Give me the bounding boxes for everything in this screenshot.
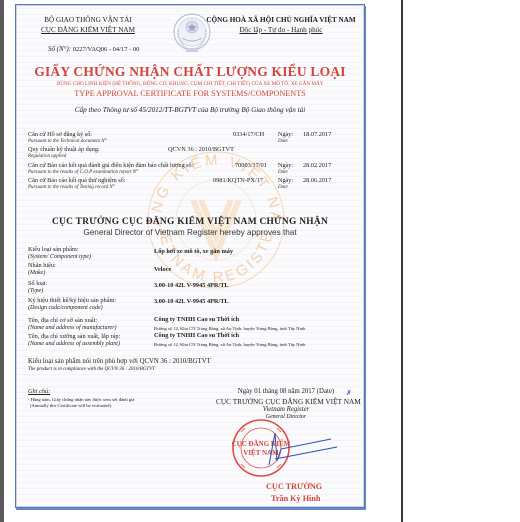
legal-basis: Cấp theo Thông tư số 45/2012/TT-BGTVT củ…: [16, 106, 364, 114]
detail-label: Số loại:: [28, 280, 47, 287]
reference-date-label: Ngày:: [278, 162, 293, 169]
detail-value: Công ty TNHH Cao su Thời ích: [154, 316, 239, 323]
detail-label-en: (Type): [28, 288, 43, 294]
notes-title: Ghi chú:: [28, 388, 50, 395]
issuer-block: BỘ GIAO THÔNG VẬN TẢI CỤC ĐĂNG KIỂM VIỆT…: [28, 15, 148, 35]
detail-address: Đường số 12, Khu CN Trảng Bàng, xã An Tị…: [154, 342, 305, 347]
number-label-en: (N°):: [57, 45, 71, 53]
reference-date-label: Ngày:: [278, 131, 293, 138]
reference-value: 70003/17/01: [235, 162, 267, 169]
detail-value: Lốp hơi xe mô tô, xe gắn máy: [154, 248, 233, 255]
notes-line: - Hàng năm, Giấy chứng nhận này được xem…: [28, 397, 134, 402]
reference-value: QCVN 36 : 2010/BGTVT: [168, 146, 234, 153]
detail-label: Kiểu loại sản phẩm:: [28, 246, 79, 253]
notes-line-en: (Annually this Certificate will be evalu…: [30, 403, 112, 408]
compliance-statement: Kiểu loại sản phẩm nói trên phù hợp với …: [28, 358, 211, 365]
number-label: Số: [48, 45, 55, 53]
signatory-org-en: Vietnam Register: [216, 406, 356, 413]
viewer-left-edge: [0, 0, 4, 522]
detail-label: Nhãn hiệu:: [28, 262, 56, 269]
reference-label-en: Pursuant to the results of C.O.P examina…: [28, 170, 138, 175]
country-name: CỘNG HOÀ XÃ HỘI CHỦ NGHĨA VIỆT NAM: [201, 15, 361, 25]
signatory-name: Trần Kỳ Hinh: [271, 494, 320, 503]
reference-date-label-en: Date: [278, 139, 288, 144]
detail-label-en: (System/ Component type): [28, 254, 91, 260]
ministry-name: BỘ GIAO THÔNG VẬN TẢI: [28, 15, 148, 25]
reference-label: Căn cứ Báo cáo kết quả thử nghiệm số:: [28, 177, 125, 184]
detail-label: Tên, địa chỉ cơ sở sản xuất:: [28, 317, 97, 324]
reference-label-en: Pursuant to the results of Testing recor…: [28, 185, 115, 190]
certificate-subtitle: DÙNG CHO LINH KIỆN (HỆ THỐNG, ĐỘNG CƠ, K…: [16, 81, 364, 87]
detail-label-en: (Make): [28, 270, 45, 276]
approval-heading-en: General Director of Vietnam Register her…: [16, 228, 364, 237]
reference-date-label-en: Date: [278, 185, 288, 190]
signatory-title: CỤC TRƯỞNG: [266, 482, 322, 491]
number-value: 0227/VAQ06 - 04/17 - 00: [73, 46, 140, 53]
detail-value: Veloce: [154, 266, 171, 273]
detail-value: Công ty TNHH Cao su Thời ích: [154, 332, 239, 339]
approval-heading: CỤC TRƯỞNG CỤC ĐĂNG KIỂM VIỆT NAM CHỨNG …: [16, 217, 364, 227]
reference-label-en: Pursuant to the Technical document N°: [28, 139, 107, 144]
detail-label: Ký hiệu thiết kế/ký hiệu sản phẩm:: [28, 297, 116, 304]
reference-date: 28.06.2017: [303, 177, 331, 184]
reference-label: Căn cứ Báo cáo kết quả đánh giá điều kiệ…: [28, 162, 193, 169]
reference-value: 0981/KQTN-PX/17: [213, 177, 263, 184]
reference-date: 18.07.2017: [303, 131, 331, 138]
handwritten-signature-icon: [261, 425, 341, 475]
certificate-title: GIẤY CHỨNG NHẬN CHẤT LƯỢNG KIỂU LOẠI: [16, 64, 364, 80]
detail-address: Đường số 12, Khu CN Trảng Bàng, xã An Tị…: [154, 326, 305, 331]
issue-date: Ngày 01 tháng 08 năm 2017 (Date): [216, 388, 356, 395]
reference-label-en: Regulation applied: [28, 154, 66, 159]
reference-label: Quy chuẩn kỹ thuật áp dụng:: [28, 146, 100, 153]
detail-label-en: (Design code/component code): [28, 305, 103, 311]
reference-date-label-en: Date: [278, 170, 288, 175]
detail-label-en: (Name and address of assembly plant): [28, 341, 120, 347]
reference-value: 0334/17/CH: [233, 131, 264, 138]
agency-name: CỤC ĐĂNG KIỂM VIỆT NAM: [28, 25, 148, 35]
country-block: CỘNG HOÀ XÃ HỘI CHỦ NGHĨA VIỆT NAM Độc l…: [201, 15, 361, 35]
reference-date: 28.02.2017: [303, 162, 331, 169]
certificate-title-en: TYPE APPROVAL CERTIFICATE FOR SYSTEMS/CO…: [16, 89, 364, 98]
certificate-number: Số (N°): 0227/VAQ06 - 04/17 - 00: [48, 45, 139, 53]
page-divider: [401, 0, 403, 522]
detail-label: Tên, địa chỉ xưởng sản xuất, lắp ráp:: [28, 333, 120, 340]
handwritten-mark-icon: ✗: [346, 389, 352, 397]
detail-value: 3.00-10 42L V-9945 4PR/TL: [154, 282, 229, 289]
signatory-org: CỤC TRƯỞNG CỤC ĐĂNG KIỂM VIỆT NAM: [216, 397, 356, 406]
certificate-document: BỘ GIAO THÔNG VẬN TẢI CỤC ĐĂNG KIỂM VIỆT…: [15, 4, 365, 508]
detail-value: 3.00-10 42L V-9945 4PR/TL: [154, 298, 229, 305]
national-motto: Độc lập - Tự do - Hạnh phúc: [201, 25, 361, 35]
reference-date-label: Ngày:: [278, 177, 293, 184]
detail-label-en: (Name and address of manufacturer): [28, 325, 117, 331]
reference-label: Căn cứ Hồ sơ đăng ký số:: [28, 131, 92, 138]
compliance-statement-en: The product is in compliance with the QC…: [28, 367, 155, 372]
svg-text:ĐĂNG KIỂM VIỆT NAM: ĐĂNG KIỂM VIỆT NAM: [141, 145, 284, 226]
